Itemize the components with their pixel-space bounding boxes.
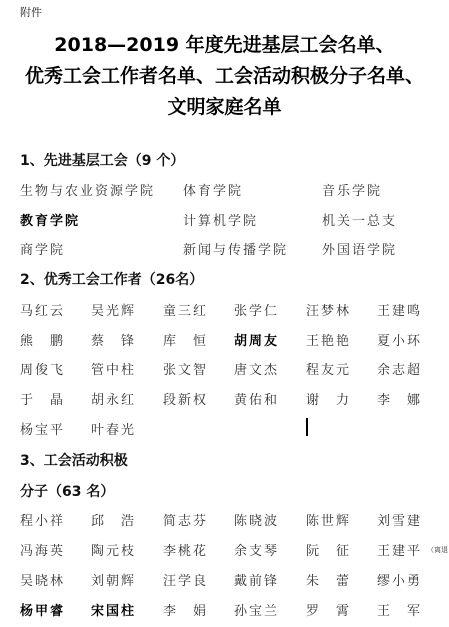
person-name: 张文智: [163, 359, 208, 378]
person-name: 胡永红: [91, 389, 136, 408]
person-name: 余支琴: [234, 540, 279, 559]
person-name: 邱 浩: [91, 510, 136, 529]
person-name: 李 娟: [163, 600, 208, 619]
unit-name: 体育学院: [183, 180, 243, 199]
person-name: 段新权: [163, 389, 208, 408]
person-name: 李桃花: [163, 540, 208, 559]
unit-name: 音乐学院: [322, 180, 382, 199]
document-title-line-3: 文明家庭名单: [0, 92, 449, 119]
person-name: 陶元枝: [91, 540, 136, 559]
person-name: 陈世辉: [306, 510, 351, 529]
section-3-heading-line-1: 3、工会活动积极: [20, 450, 128, 470]
document-title-line-2: 优秀工会工作者名单、工会活动积极分子名单、: [0, 61, 449, 88]
unit-name: 新闻与传播学院: [183, 239, 288, 258]
person-name: 戴前锋: [234, 570, 279, 589]
person-name: 王建平: [377, 540, 422, 559]
unit-name: 生物与农业资源学院: [20, 180, 155, 199]
person-name: 胡周友: [234, 330, 279, 349]
person-name: 杨甲睿: [20, 600, 65, 619]
person-name: 杨宝平: [20, 419, 65, 438]
person-name: 唐文杰: [234, 359, 279, 378]
section-2-heading: 2、优秀工会工作者（26名）: [20, 269, 203, 289]
person-name: 吴晓林: [20, 570, 65, 589]
text-cursor: [306, 418, 308, 436]
person-name: 程友元: [306, 359, 351, 378]
person-name: 程小祥: [20, 510, 65, 529]
person-name: 库 恒: [163, 330, 208, 349]
person-name: 谢 力: [306, 389, 351, 408]
person-name: 陈晓波: [234, 510, 279, 529]
person-name: 汪梦林: [306, 300, 351, 319]
person-name: 朱 蕾: [306, 570, 351, 589]
person-name: 叶春光: [91, 419, 136, 438]
attachment-label: 附件: [20, 4, 42, 20]
person-name: 汪学良: [163, 570, 208, 589]
person-name: 童三红: [163, 300, 208, 319]
person-name: 缪小勇: [377, 570, 422, 589]
person-name: 刘雪建: [377, 510, 422, 529]
person-name: 熊 鹏: [20, 330, 65, 349]
person-name: 吴光辉: [91, 300, 136, 319]
person-name: 于 晶: [20, 389, 65, 408]
person-name: 李 娜: [377, 389, 422, 408]
unit-name: 外国语学院: [322, 239, 397, 258]
person-name: 周俊飞: [20, 359, 65, 378]
unit-name: 计算机学院: [183, 210, 258, 229]
person-name: 管中柱: [91, 359, 136, 378]
person-name: 宋国柱: [91, 600, 136, 619]
person-name: 刘朝辉: [91, 570, 136, 589]
person-name: 简志芬: [163, 510, 208, 529]
person-name: 阮 征: [306, 540, 351, 559]
unit-name: 教育学院: [20, 210, 80, 229]
person-name: 孙宝兰: [234, 600, 279, 619]
person-name: 张学仁: [234, 300, 279, 319]
person-name: 冯海英: [20, 540, 65, 559]
person-name: 蔡 锋: [91, 330, 136, 349]
person-name: 王艳艳: [306, 330, 351, 349]
document-title-line-1: 2018—2019 年度先进基层工会名单、: [0, 30, 449, 57]
person-name: 余志超: [377, 359, 422, 378]
person-name: 黄佑和: [234, 389, 279, 408]
person-name: 王建鸣: [377, 300, 422, 319]
unit-name: 商学院: [20, 239, 65, 258]
unit-name: 机关一总支: [322, 210, 397, 229]
person-note: （离退: [427, 545, 448, 555]
person-name: 夏小环: [377, 330, 422, 349]
section-1-heading: 1、先进基层工会（9 个）: [20, 150, 184, 170]
section-3-heading-line-2: 分子（63 名）: [20, 481, 114, 501]
person-name: 马红云: [20, 300, 65, 319]
person-name: 罗 霄: [306, 600, 351, 619]
person-name: 王 军: [377, 600, 422, 619]
